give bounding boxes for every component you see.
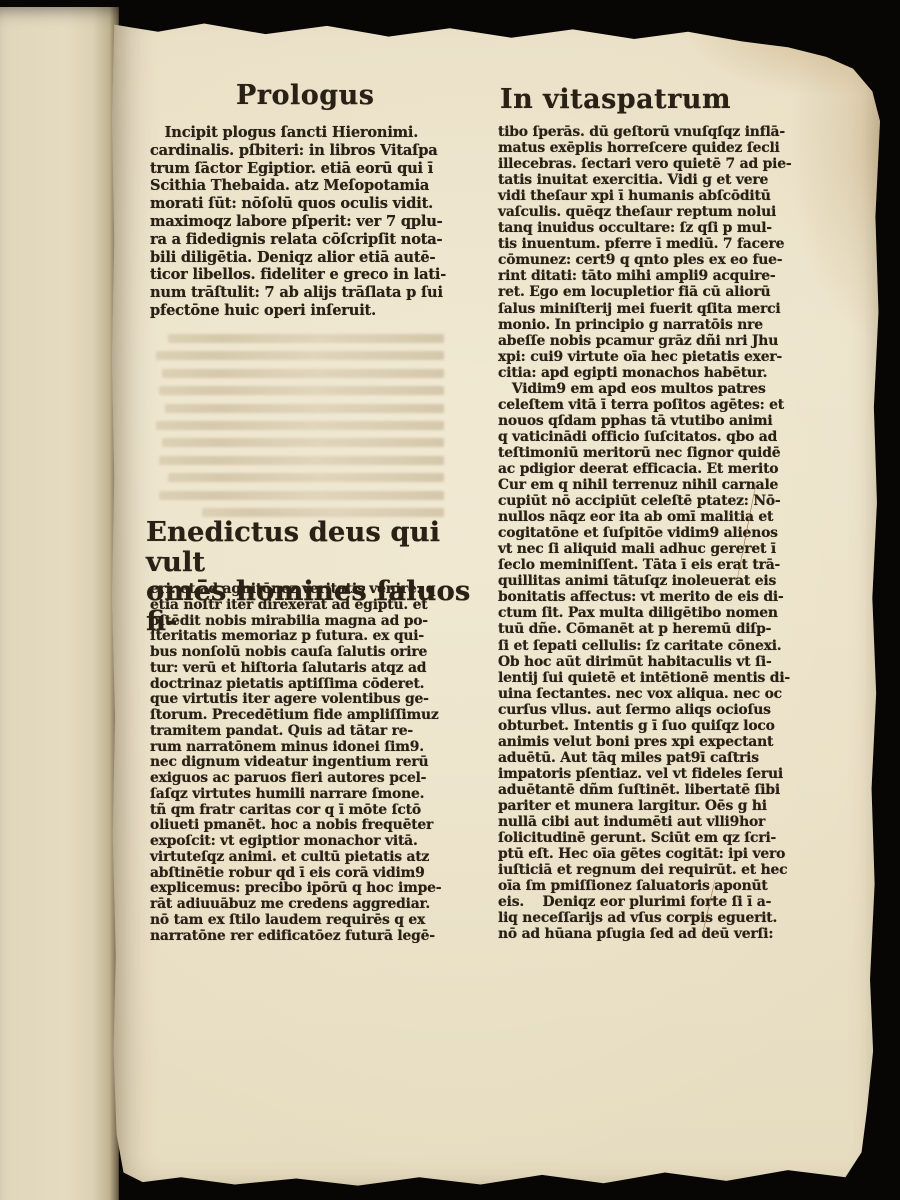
right-column-body: tibo ſperās. dū geſtorū vnuſqſqz inflā- … [498,124,814,942]
incipit-paragraph: Incipit plogus ſancti Hieronimi. cardina… [150,124,472,320]
book-page-stack-edge [0,6,119,1200]
running-title-right: In vitaspatrum [500,84,731,115]
running-title-left: Prologus [236,80,375,111]
left-column-body: eri. et ad agnitōnez veritatis venire. q… [150,582,472,944]
photograph-of-incunabulum-page: { "colors": { "background": "#070605", "… [0,0,900,1200]
page-recto: Prologus In vitaspatrum Incipit plogus ſ… [112,2,880,1194]
background-sliver [0,0,121,7]
show-through-text [156,334,444,525]
